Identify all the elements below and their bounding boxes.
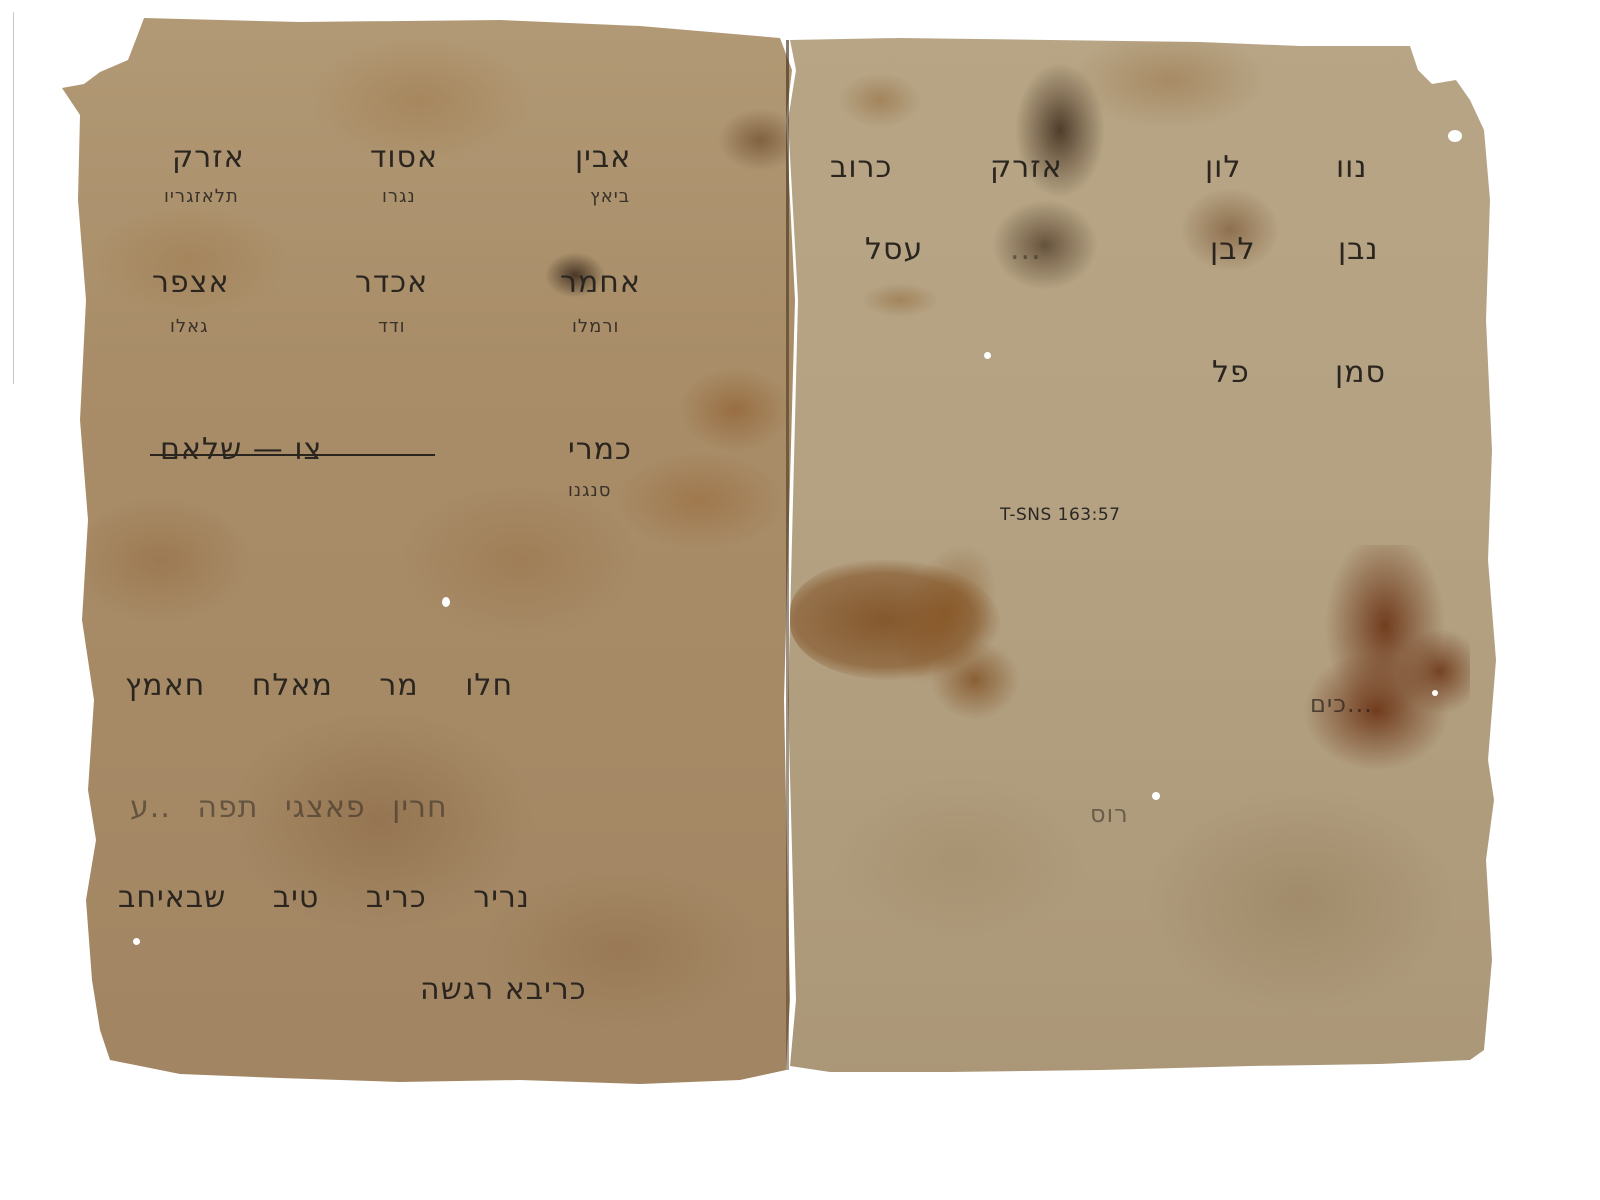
word: אכדר: [355, 265, 428, 300]
hole: [1448, 130, 1462, 142]
word: אסוד: [370, 140, 438, 175]
gloss: תלאזגריו: [164, 186, 239, 207]
text-line: חרין פאצגי תפה ..ע: [130, 790, 448, 825]
word: אבין: [575, 140, 631, 175]
word: סמן: [1335, 355, 1386, 390]
word: לבן: [1210, 232, 1256, 267]
gloss: גאלו: [170, 316, 209, 337]
struck-word: צו — שלאם: [160, 432, 322, 467]
hole: [1152, 792, 1160, 800]
word: ...: [1010, 232, 1042, 267]
faint-mark: רוס: [1090, 800, 1129, 828]
word: כמרי: [568, 432, 632, 467]
word: לון: [1205, 150, 1241, 185]
word: אחמר: [560, 265, 641, 300]
text-line: כריבא רגשה: [420, 972, 587, 1007]
word: עסל: [865, 232, 923, 267]
text-line: נריר כריב טיב שבאיחב: [118, 880, 530, 915]
hole: [1432, 690, 1438, 696]
word: אזרק: [990, 150, 1063, 185]
hole: [984, 352, 991, 359]
word: פל: [1212, 355, 1250, 390]
hole: [442, 597, 450, 607]
word: אצפר: [152, 265, 230, 300]
word: נבן: [1338, 232, 1379, 267]
word: נוו: [1336, 150, 1367, 185]
gloss: ודד: [378, 316, 406, 337]
word: כרוב: [830, 150, 892, 185]
hole: [133, 938, 140, 945]
text-line: חלו מר מאלח חאמץ: [125, 668, 513, 703]
gloss: נגרו: [382, 186, 416, 207]
faint-mark: ...כים: [1310, 690, 1373, 718]
gloss: ביאץ: [590, 186, 630, 207]
manuscript-scan: אבין ביאץ אסוד נגרו אזרק תלאזגריו אחמר ו…: [0, 0, 1600, 1200]
word: אזרק: [172, 140, 245, 175]
shelfmark-label: T-SNS 163:57: [1000, 505, 1120, 525]
strikethrough: [150, 454, 435, 456]
gloss: ורמלו: [572, 316, 619, 337]
scanner-edge-line: [13, 12, 14, 384]
gloss: סנגנו: [568, 480, 611, 501]
center-fold: [786, 40, 789, 1070]
